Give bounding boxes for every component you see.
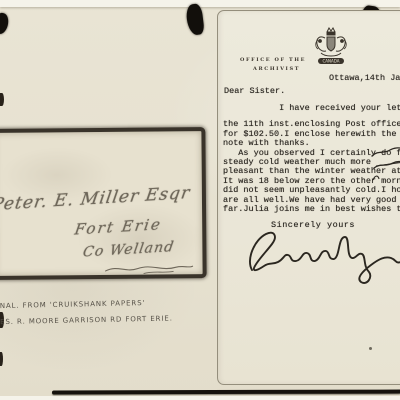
- archival-notes: NAL. FROM 'CRUIKSHANK PAPERS' ES. R. MOO…: [0, 298, 200, 334]
- fastener-pin-icon: [185, 3, 205, 36]
- envelope-town: Fort Erie: [73, 215, 163, 238]
- envelope-county: Co Welland: [82, 239, 176, 261]
- ink-correction-scribbles-icon: [346, 142, 400, 188]
- handwriting-flourish-icon: [104, 261, 194, 276]
- archival-note-line: ES. R. MOORE GARRISON RD FORT ERIE.: [0, 314, 200, 334]
- crest-motto-text: CANADA: [322, 59, 339, 64]
- letterhead-office-line: OFFICE OF THE: [240, 57, 306, 66]
- scan-bottom-edge: [0, 396, 400, 400]
- letter-dateline: Ottawa,14th Jan: [329, 73, 400, 83]
- scan-bottom-rule: [52, 390, 400, 395]
- letterhead: OFFICE OF THE ARCHIVIST: [240, 57, 306, 75]
- letter-salutation: Dear Sister.: [224, 86, 285, 96]
- scan-edge-artifact: [0, 93, 4, 106]
- scanned-document: Peter. E. Miller Esqr Fort Erie Co Wella…: [0, 0, 400, 400]
- letter-page: OFFICE OF THE ARCHIVIST CANADA Ottawa,14…: [217, 10, 400, 385]
- scan-top-edge: [0, 0, 400, 7]
- scan-edge-artifact: [0, 352, 3, 366]
- coat-of-arms-icon: CANADA: [312, 26, 350, 74]
- letterhead-archivist-line: ARCHIVIST: [253, 66, 306, 75]
- envelope-addressee: Peter. E. Miller Esqr: [0, 183, 192, 215]
- fastener-pin-icon: [0, 12, 10, 36]
- envelope-photostat: Peter. E. Miller Esqr Fort Erie Co Wella…: [0, 127, 207, 280]
- scan-speck-artifact: [369, 347, 372, 350]
- letter-body-line: I have received your lett: [223, 104, 400, 113]
- letter-body-line: far.Julia joins me in best wishes to: [223, 205, 400, 214]
- signature-icon: [242, 228, 400, 290]
